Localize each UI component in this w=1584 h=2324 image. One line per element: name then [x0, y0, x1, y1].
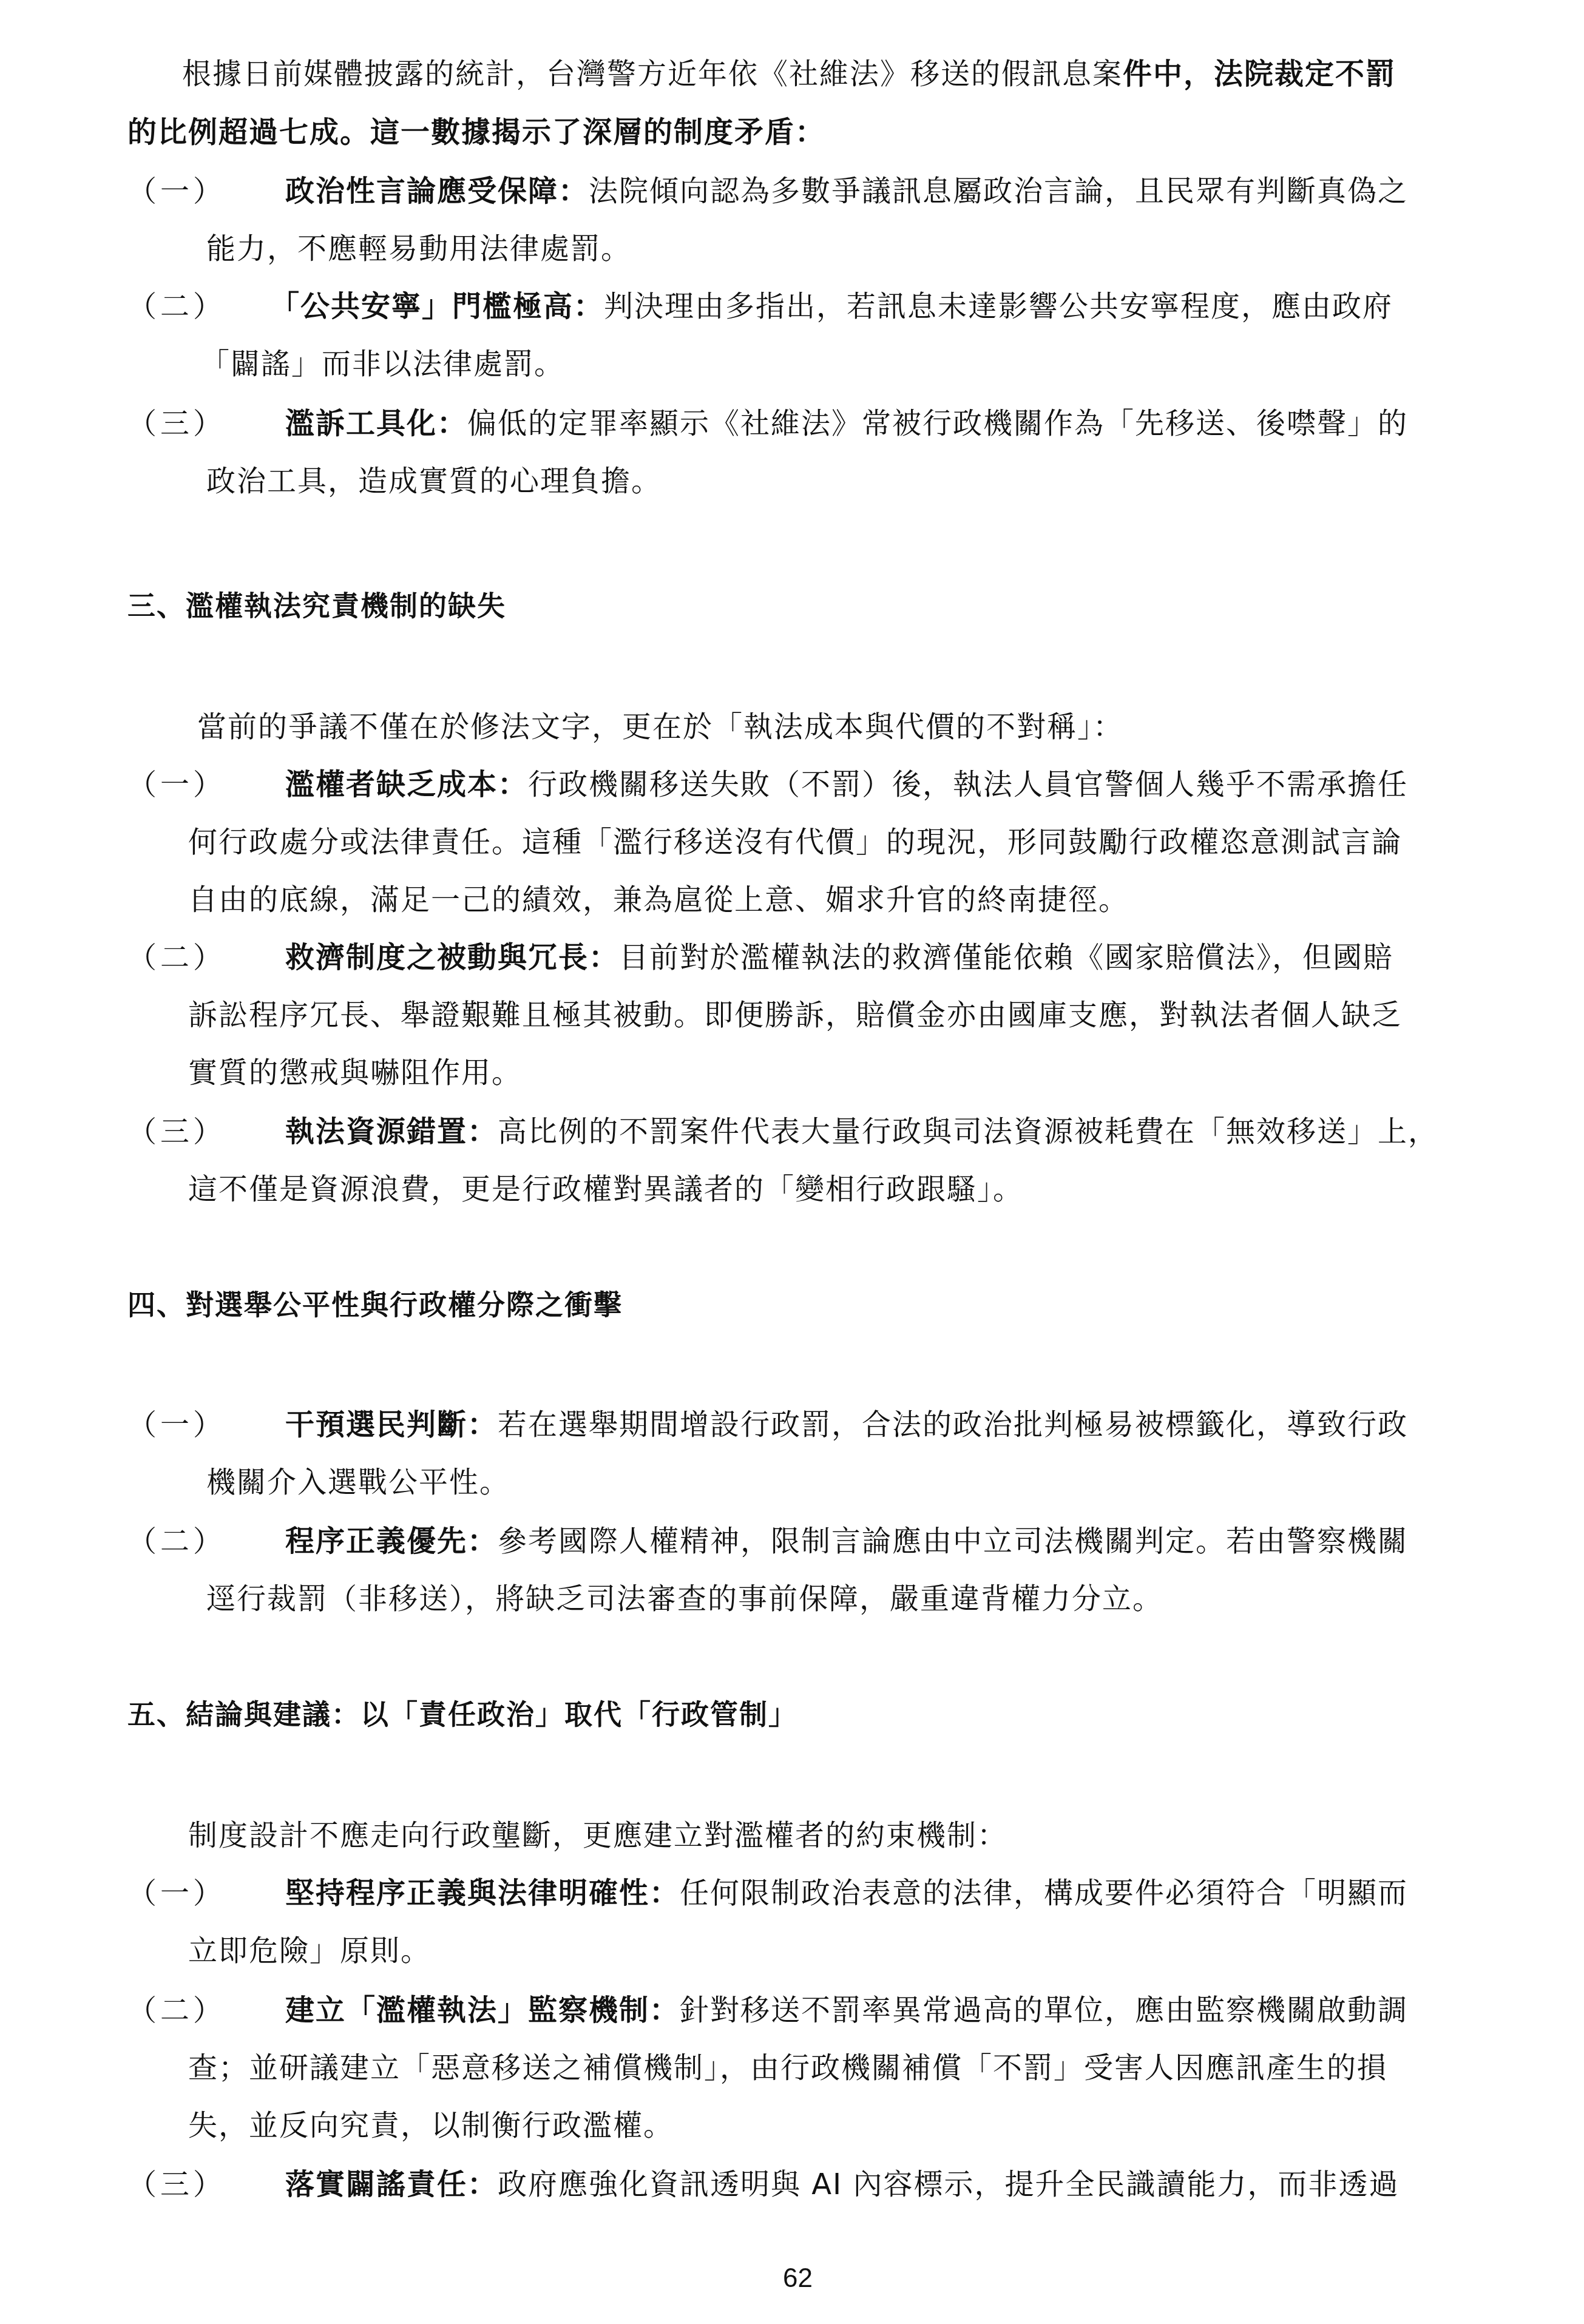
- list-item: 濫訴工具化：偏低的定罪率顯示《社維法》常被行政機關作為「先移送、後噤聲」的: [285, 405, 1408, 442]
- item-number: （一）: [127, 1407, 226, 1443]
- item-number: （一）: [127, 173, 226, 209]
- item-text: 法院傾向認為多數爭議訊息屬政治言論，且民眾有判斷真偽之: [589, 174, 1408, 208]
- item-number: （三）: [127, 1113, 226, 1150]
- item-title: 濫訴工具化：: [285, 407, 467, 441]
- item-title: 程序正義優先：: [285, 1524, 498, 1558]
- item-title: 堅持程序正義與法律明確性：: [285, 1876, 680, 1910]
- item-title: 「公共安寧」門檻極高：: [270, 289, 604, 323]
- page-number: 62: [783, 2263, 813, 2294]
- item-continuation: 實質的懲戒與嚇阻作用。: [188, 1055, 522, 1091]
- list-item: 執法資源錯置：高比例的不罰案件代表大量行政與司法資源被耗費在「無效移送」上，: [285, 1113, 1438, 1150]
- intro-line-2: 的比例超過七成。這一數據揭示了深層的制度矛盾：: [127, 114, 825, 150]
- item-text: 高比例的不罰案件代表大量行政與司法資源被耗費在「無效移送」上，: [498, 1115, 1438, 1149]
- section-intro: 當前的爭議不僅在於修法文字，更在於「執法成本與代價的不對稱」：: [197, 709, 1123, 745]
- item-title: 濫權者缺乏成本：: [285, 768, 528, 802]
- intro-line-1: 根據日前媒體披露的統計，台灣警方近年依《社維法》移送的假訊息案件中，法院裁定不罰: [182, 56, 1396, 92]
- item-title: 政治性言論應受保障：: [285, 174, 589, 208]
- item-continuation: 機關介入選戰公平性。: [206, 1464, 510, 1501]
- item-continuation: 自由的底線，滿足一己的績效，兼為扈從上意、媚求升官的終南捷徑。: [188, 882, 1129, 918]
- item-text: 行政機關移送失敗（不罰）後，執法人員官警個人幾乎不需承擔任: [528, 768, 1408, 802]
- item-number: （二）: [127, 939, 226, 976]
- item-continuation: 立即危險」原則。: [188, 1933, 431, 1969]
- document-page: 根據日前媒體披露的統計，台灣警方近年依《社維法》移送的假訊息案件中，法院裁定不罰…: [0, 0, 1584, 2324]
- item-title: 救濟制度之被動與冗長：: [285, 941, 619, 975]
- item-title: 建立「濫權執法」監察機制：: [285, 1993, 680, 2027]
- intro-text: 根據日前媒體披露的統計，台灣警方近年依《社維法》移送的假訊息案: [182, 57, 1123, 91]
- item-text: 偏低的定罪率顯示《社維法》常被行政機關作為「先移送、後噤聲」的: [467, 407, 1408, 441]
- list-item: 落實闢謠責任：政府應強化資訊透明與 AI 內容標示，提升全民識讀能力，而非透過: [285, 2166, 1400, 2203]
- item-continuation: 訴訟程序冗長、舉證艱難且極其被動。即便勝訴，賠償金亦由國庫支應，對執法者個人缺乏: [188, 997, 1402, 1033]
- list-item: 政治性言論應受保障：法院傾向認為多數爭議訊息屬政治言論，且民眾有判斷真偽之: [285, 173, 1408, 209]
- item-title: 干預選民判斷：: [285, 1408, 498, 1442]
- item-number: （二）: [127, 288, 226, 325]
- section-heading: 三、濫權執法究責機制的缺失: [127, 587, 506, 624]
- item-number: （一）: [127, 1875, 226, 1911]
- item-text: 政府應強化資訊透明與 AI 內容標示，提升全民識讀能力，而非透過: [498, 2167, 1400, 2201]
- section-heading: 四、對選舉公平性與行政權分際之衝擊: [127, 1286, 623, 1323]
- item-title: 落實闢謠責任：: [285, 2167, 498, 2201]
- list-item: 救濟制度之被動與冗長：目前對於濫權執法的救濟僅能依賴《國家賠償法》，但國賠: [285, 939, 1393, 976]
- item-text: 針對移送不罰率異常過高的單位，應由監察機關啟動調: [680, 1993, 1408, 2027]
- item-number: （三）: [127, 405, 226, 442]
- item-text: 判決理由多指出，若訊息未達影響公共安寧程度，應由政府: [604, 289, 1393, 323]
- section-heading: 五、結論與建議：以「責任政治」取代「行政管制」: [127, 1696, 797, 1732]
- list-item: 濫權者缺乏成本：行政機關移送失敗（不罰）後，執法人員官警個人幾乎不需承擔任: [285, 766, 1408, 803]
- item-number: （三）: [127, 2166, 226, 2203]
- list-item: 干預選民判斷：若在選舉期間增設行政罰，合法的政治批判極易被標籤化，導致行政: [285, 1407, 1408, 1443]
- section-intro: 制度設計不應走向行政壟斷，更應建立對濫權者的約束機制：: [188, 1817, 1007, 1854]
- item-continuation: 政治工具，造成實質的心理負擔。: [206, 463, 662, 499]
- list-item: 「公共安寧」門檻極高：判決理由多指出，若訊息未達影響公共安寧程度，應由政府: [270, 288, 1393, 325]
- list-item: 程序正義優先：參考國際人權精神，限制言論應由中立司法機關判定。若由警察機關: [285, 1523, 1408, 1559]
- item-number: （一）: [127, 766, 226, 803]
- item-number: （二）: [127, 1523, 226, 1559]
- item-continuation: 查；並研議建立「惡意移送之補償機制」，由行政機關補償「不罰」受害人因應訊產生的損: [188, 2050, 1387, 2086]
- item-text: 目前對於濫權執法的救濟僅能依賴《國家賠償法》，但國賠: [619, 941, 1393, 975]
- item-continuation: 這不僅是資源浪費，更是行政權對異議者的「變相行政跟騷」。: [188, 1171, 1023, 1208]
- item-text: 參考國際人權精神，限制言論應由中立司法機關判定。若由警察機關: [498, 1524, 1408, 1558]
- item-continuation: 何行政處分或法律責任。這種「濫行移送沒有代價」的現況，形同鼓勵行政權恣意測試言論: [188, 824, 1402, 860]
- item-text: 任何限制政治表意的法律，構成要件必須符合「明顯而: [680, 1876, 1408, 1910]
- intro-bold-text: 件中，法院裁定不罰: [1123, 57, 1396, 91]
- item-continuation: 逕行裁罰（非移送），將缺乏司法審查的事前保障，嚴重違背權力分立。: [206, 1581, 1163, 1617]
- item-title: 執法資源錯置：: [285, 1115, 498, 1149]
- list-item: 堅持程序正義與法律明確性：任何限制政治表意的法律，構成要件必須符合「明顯而: [285, 1875, 1408, 1911]
- item-continuation: 「闢謠」而非以法律處罰。: [200, 346, 564, 382]
- list-item: 建立「濫權執法」監察機制：針對移送不罰率異常過高的單位，應由監察機關啟動調: [285, 1992, 1408, 2028]
- item-text: 若在選舉期間增設行政罰，合法的政治批判極易被標籤化，導致行政: [498, 1408, 1408, 1442]
- item-number: （二）: [127, 1992, 226, 2028]
- item-continuation: 失，並反向究責，以制衡行政濫權。: [188, 2107, 674, 2144]
- item-continuation: 能力，不應輕易動用法律處罰。: [206, 231, 631, 267]
